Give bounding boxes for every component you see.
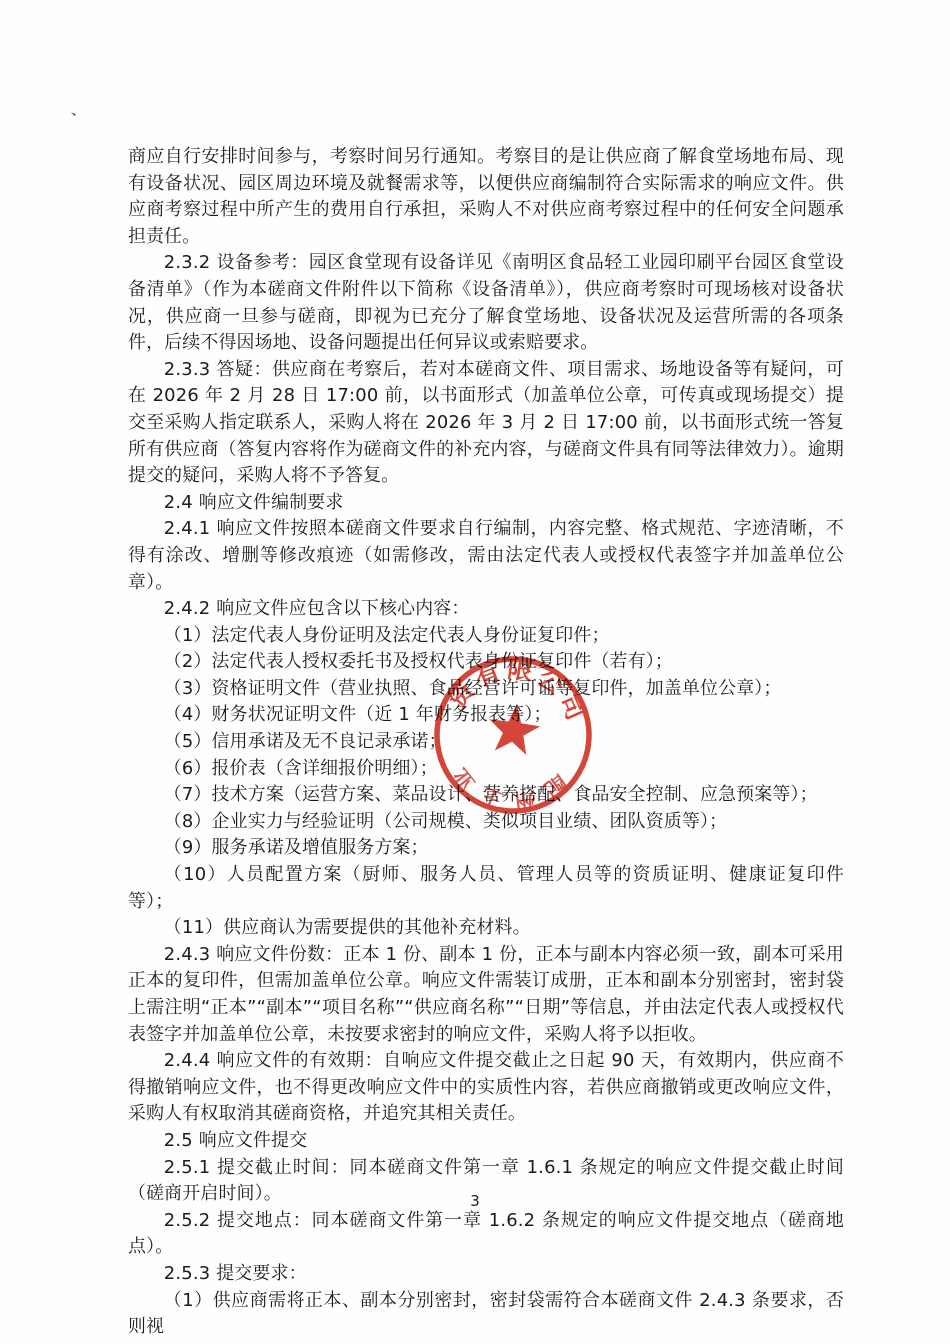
paragraph-2-3-3: 2.3.3 答疑：供应商在考察后，若对本磋商文件、项目需求、场地设备等有疑问，可… xyxy=(128,357,844,490)
list-item-1: （1）法定代表人身份证明及法定代表人身份证复印件； xyxy=(128,623,844,650)
paragraph-2-4-3: 2.4.3 响应文件份数：正本 1 份、副本 1 份，正本与副本内容必须一致，副… xyxy=(128,942,844,1048)
scan-artifact-mark: 、 xyxy=(68,97,86,120)
paragraph-2-4-4: 2.4.4 响应文件的有效期：自响应文件提交截止之日起 90 天，有效期内，供应… xyxy=(128,1048,844,1128)
page-number: 3 xyxy=(0,1192,950,1210)
list-item-11: （11）供应商认为需要提供的其他补充材料。 xyxy=(128,915,844,942)
list-item-8: （8）企业实力与经验证明（公司规模、类似项目业绩、团队资质等）； xyxy=(128,809,844,836)
paragraph-continuation: 商应自行安排时间参与，考察时间另行通知。考察目的是让供应商了解食堂场地布局、现有… xyxy=(128,144,844,250)
list-item-7: （7）技术方案（运营方案、菜品设计、营养搭配、食品安全控制、应急预案等）； xyxy=(128,782,844,809)
paragraph-2-4-2: 2.4.2 响应文件应包含以下核心内容： xyxy=(128,596,844,623)
paragraph-2-3-2: 2.3.2 设备参考：园区食堂现有设备详见《南明区食品轻工业园印刷平台园区食堂设… xyxy=(128,250,844,356)
list-item-2: （2）法定代表人授权委托书及授权代表身份证复印件（若有）； xyxy=(128,649,844,676)
list-item-6: （6）报价表（含详细报价明细）； xyxy=(128,756,844,783)
list-item-10: （10）人员配置方案（厨师、服务人员、管理人员等的资质证明、健康证复印件等）； xyxy=(128,862,844,915)
paragraph-2-5-3: 2.5.3 提交要求： xyxy=(128,1261,844,1288)
document-body: 商应自行安排时间参与，考察时间另行通知。考察目的是让供应商了解食堂场地布局、现有… xyxy=(128,144,844,1341)
paragraph-2-5-2: 2.5.2 提交地点：同本磋商文件第一章 1.6.2 条规定的响应文件提交地点（… xyxy=(128,1208,844,1261)
submit-list-item-1: （1）供应商需将正本、副本分别密封，密封袋需符合本磋商文件 2.4.3 条要求，… xyxy=(128,1288,844,1341)
list-item-4: （4）财务状况证明文件（近 1 年财务报表等）； xyxy=(128,702,844,729)
heading-2-4: 2.4 响应文件编制要求 xyxy=(128,490,844,517)
list-item-3: （3）资格证明文件（营业执照、食品经营许可证等复印件，加盖单位公章）； xyxy=(128,676,844,703)
document-page: 、 商应自行安排时间参与，考察时间另行通知。考察目的是让供应商了解食堂场地布局、… xyxy=(0,0,950,1344)
paragraph-2-4-1: 2.4.1 响应文件按照本磋商文件要求自行编制，内容完整、格式规范、字迹清晰，不… xyxy=(128,516,844,596)
heading-2-5: 2.5 响应文件提交 xyxy=(128,1128,844,1155)
list-item-9: （9）服务承诺及增值服务方案； xyxy=(128,835,844,862)
list-item-5: （5）信用承诺及无不良记录承诺； xyxy=(128,729,844,756)
